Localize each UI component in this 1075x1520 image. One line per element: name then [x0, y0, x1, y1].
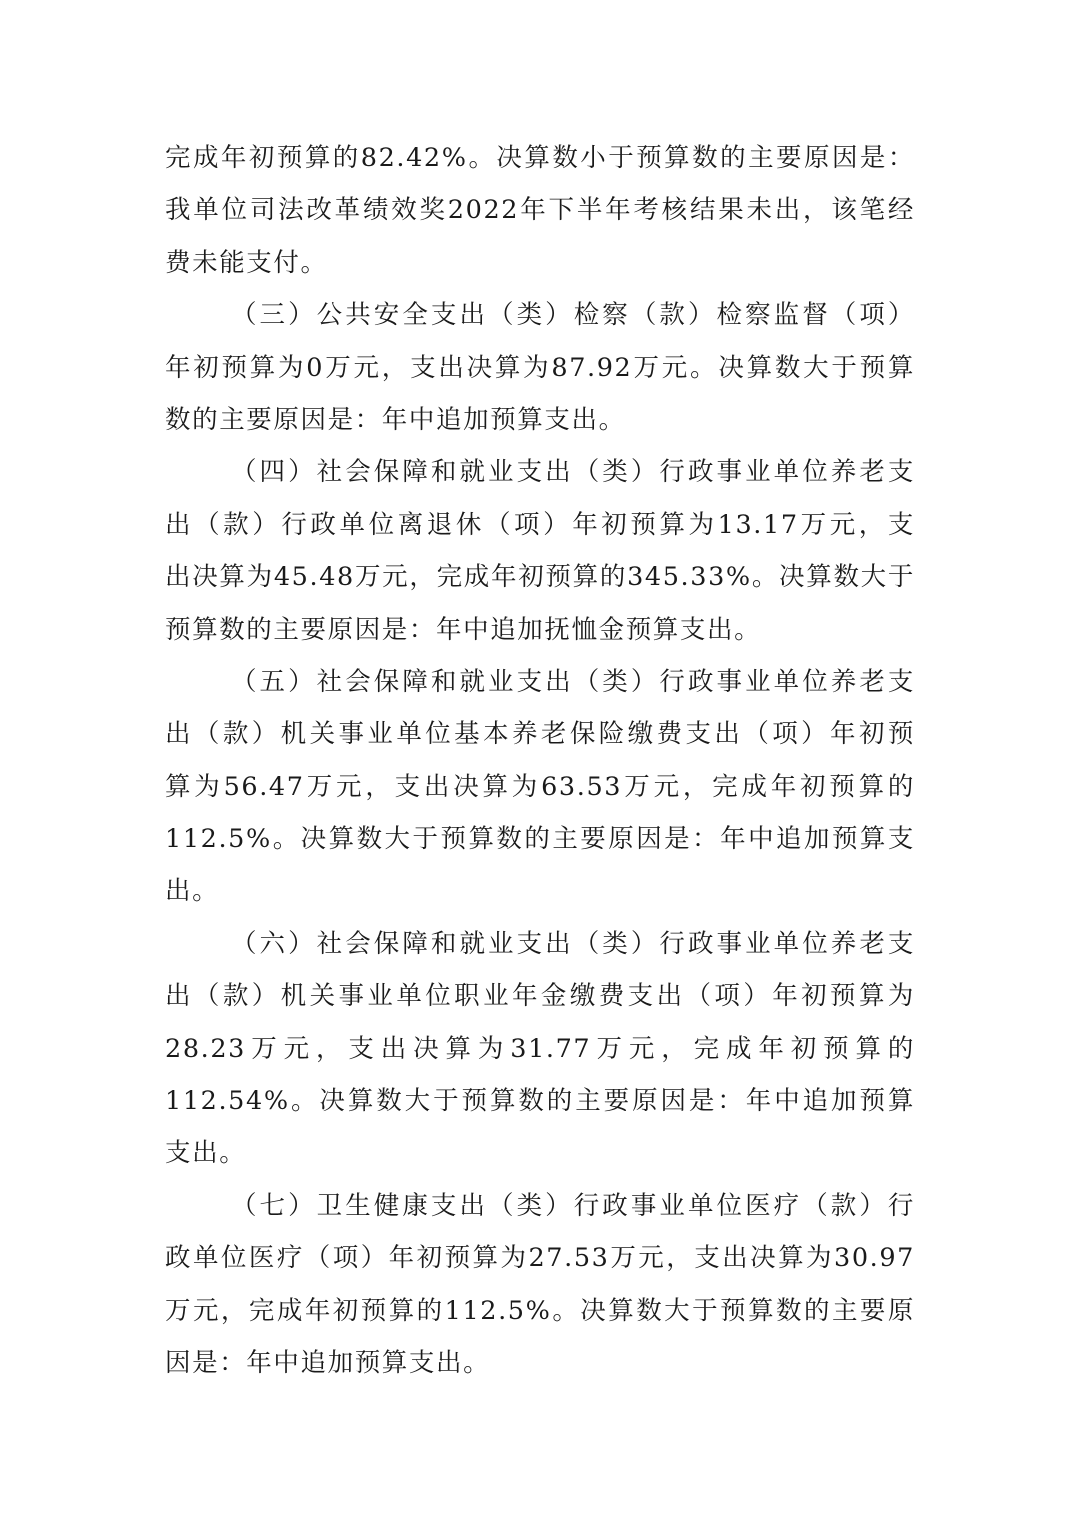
text-line: 数的主要原因是：年中追加预算支出。 — [165, 394, 915, 446]
paragraph-item-3: （三）公共安全支出（类）检察（款）检察监督（项） 年初预算为0万元，支出决算为8… — [165, 289, 915, 446]
text-line: 我单位司法改革绩效奖2022年下半年考核结果未出，该笔经 — [165, 184, 915, 236]
text-line: 112.54%。决算数大于预算数的主要原因是：年中追加预算 — [165, 1075, 915, 1127]
paragraph-item-4: （四）社会保障和就业支出（类）行政事业单位养老支 出（款）行政单位离退休（项）年… — [165, 446, 915, 656]
text-line: （四）社会保障和就业支出（类）行政事业单位养老支 — [165, 446, 915, 498]
text-line: 出决算为45.48万元，完成年初预算的345.33%。决算数大于 — [165, 551, 915, 603]
text-line: 28.23万元，支出决算为31.77万元，完成年初预算的 — [165, 1023, 915, 1075]
text-line: 112.5%。决算数大于预算数的主要原因是：年中追加预算支 — [165, 813, 915, 865]
document-page: 完成年初预算的82.42%。决算数小于预算数的主要原因是： 我单位司法改革绩效奖… — [0, 0, 1075, 1520]
text-line: 出（款）行政单位离退休（项）年初预算为13.17万元，支 — [165, 499, 915, 551]
text-line: 算为56.47万元，支出决算为63.53万元，完成年初预算的 — [165, 761, 915, 813]
text-line: 因是：年中追加预算支出。 — [165, 1337, 915, 1389]
paragraph-item-5: （五）社会保障和就业支出（类）行政事业单位养老支 出（款）机关事业单位基本养老保… — [165, 656, 915, 918]
paragraph-continuation: 完成年初预算的82.42%。决算数小于预算数的主要原因是： 我单位司法改革绩效奖… — [165, 132, 915, 289]
text-line: 出。 — [165, 865, 915, 917]
text-line: 万元，完成年初预算的112.5%。决算数大于预算数的主要原 — [165, 1285, 915, 1337]
text-line: （六）社会保障和就业支出（类）行政事业单位养老支 — [165, 918, 915, 970]
text-line: 政单位医疗（项）年初预算为27.53万元，支出决算为30.97 — [165, 1232, 915, 1284]
text-line: 出（款）机关事业单位职业年金缴费支出（项）年初预算为 — [165, 970, 915, 1022]
document-body: 完成年初预算的82.42%。决算数小于预算数的主要原因是： 我单位司法改革绩效奖… — [165, 132, 915, 1389]
text-line: 年初预算为0万元，支出决算为87.92万元。决算数大于预算 — [165, 342, 915, 394]
text-line: 出（款）机关事业单位基本养老保险缴费支出（项）年初预 — [165, 708, 915, 760]
text-line: （三）公共安全支出（类）检察（款）检察监督（项） — [165, 289, 915, 341]
text-line: 费未能支付。 — [165, 237, 915, 289]
text-line: 预算数的主要原因是：年中追加抚恤金预算支出。 — [165, 604, 915, 656]
text-line: （五）社会保障和就业支出（类）行政事业单位养老支 — [165, 656, 915, 708]
text-line: （七）卫生健康支出（类）行政事业单位医疗（款）行 — [165, 1180, 915, 1232]
text-line: 支出。 — [165, 1127, 915, 1179]
text-line: 完成年初预算的82.42%。决算数小于预算数的主要原因是： — [165, 132, 915, 184]
paragraph-item-7: （七）卫生健康支出（类）行政事业单位医疗（款）行 政单位医疗（项）年初预算为27… — [165, 1180, 915, 1390]
paragraph-item-6: （六）社会保障和就业支出（类）行政事业单位养老支 出（款）机关事业单位职业年金缴… — [165, 918, 915, 1180]
